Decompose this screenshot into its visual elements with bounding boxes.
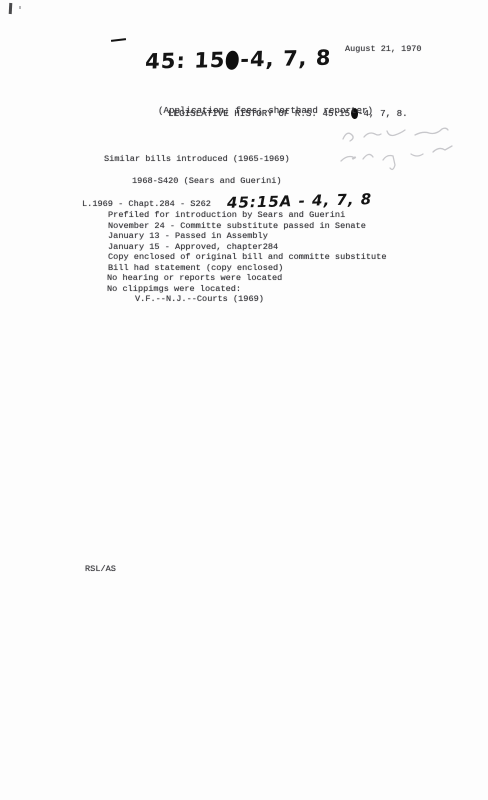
- history-line: Bill had statement (copy enclosed): [108, 263, 283, 273]
- handwritten-citation-top-pre: 45: 15: [145, 48, 226, 74]
- pencil-scribble-note: [337, 123, 469, 173]
- date-line: August 21, 1970: [345, 44, 422, 54]
- document-subtitle: (Application; fees; shorthand reporter): [158, 106, 373, 116]
- handwritten-citation-mid: 45:15A - 4, 7, 8: [227, 190, 373, 212]
- history-line: Copy enclosed of original bill and commi…: [108, 252, 386, 262]
- vertical-file-line: V.F.--N.J.--Courts (1969): [135, 294, 264, 304]
- handwritten-citation-top-post: -4, 7, 8: [240, 46, 332, 72]
- scan-artifact-speck: [19, 6, 21, 9]
- notes-line: No hearing or reports were located: [107, 273, 282, 283]
- history-line: January 13 - Passed in Assembly: [108, 231, 268, 241]
- similar-bills-line: Similar bills introduced (1965-1969): [104, 154, 290, 164]
- history-line: January 15 - Approved, chapter284: [108, 242, 278, 252]
- history-line: Prefiled for introduction by Sears and G…: [108, 210, 345, 220]
- handwritten-citation-top: 45: 15-4, 7, 8: [110, 22, 333, 99]
- scan-artifact-mark: [9, 3, 13, 14]
- notes-line: No clippimgs were located:: [107, 284, 241, 294]
- scanned-document-page: 45: 15-4, 7, 8 August 21, 1970 LEGISLATI…: [0, 0, 488, 800]
- law-chapter-line: L.1969 - Chapt.284 - S262: [82, 199, 211, 209]
- initials-line: RSL/AS: [85, 564, 116, 574]
- bill-1968-line: 1968-S420 (Sears and Guerini): [132, 176, 282, 186]
- history-line: November 24 - Committe substitute passed…: [108, 221, 366, 231]
- ink-blot-icon: [225, 50, 240, 70]
